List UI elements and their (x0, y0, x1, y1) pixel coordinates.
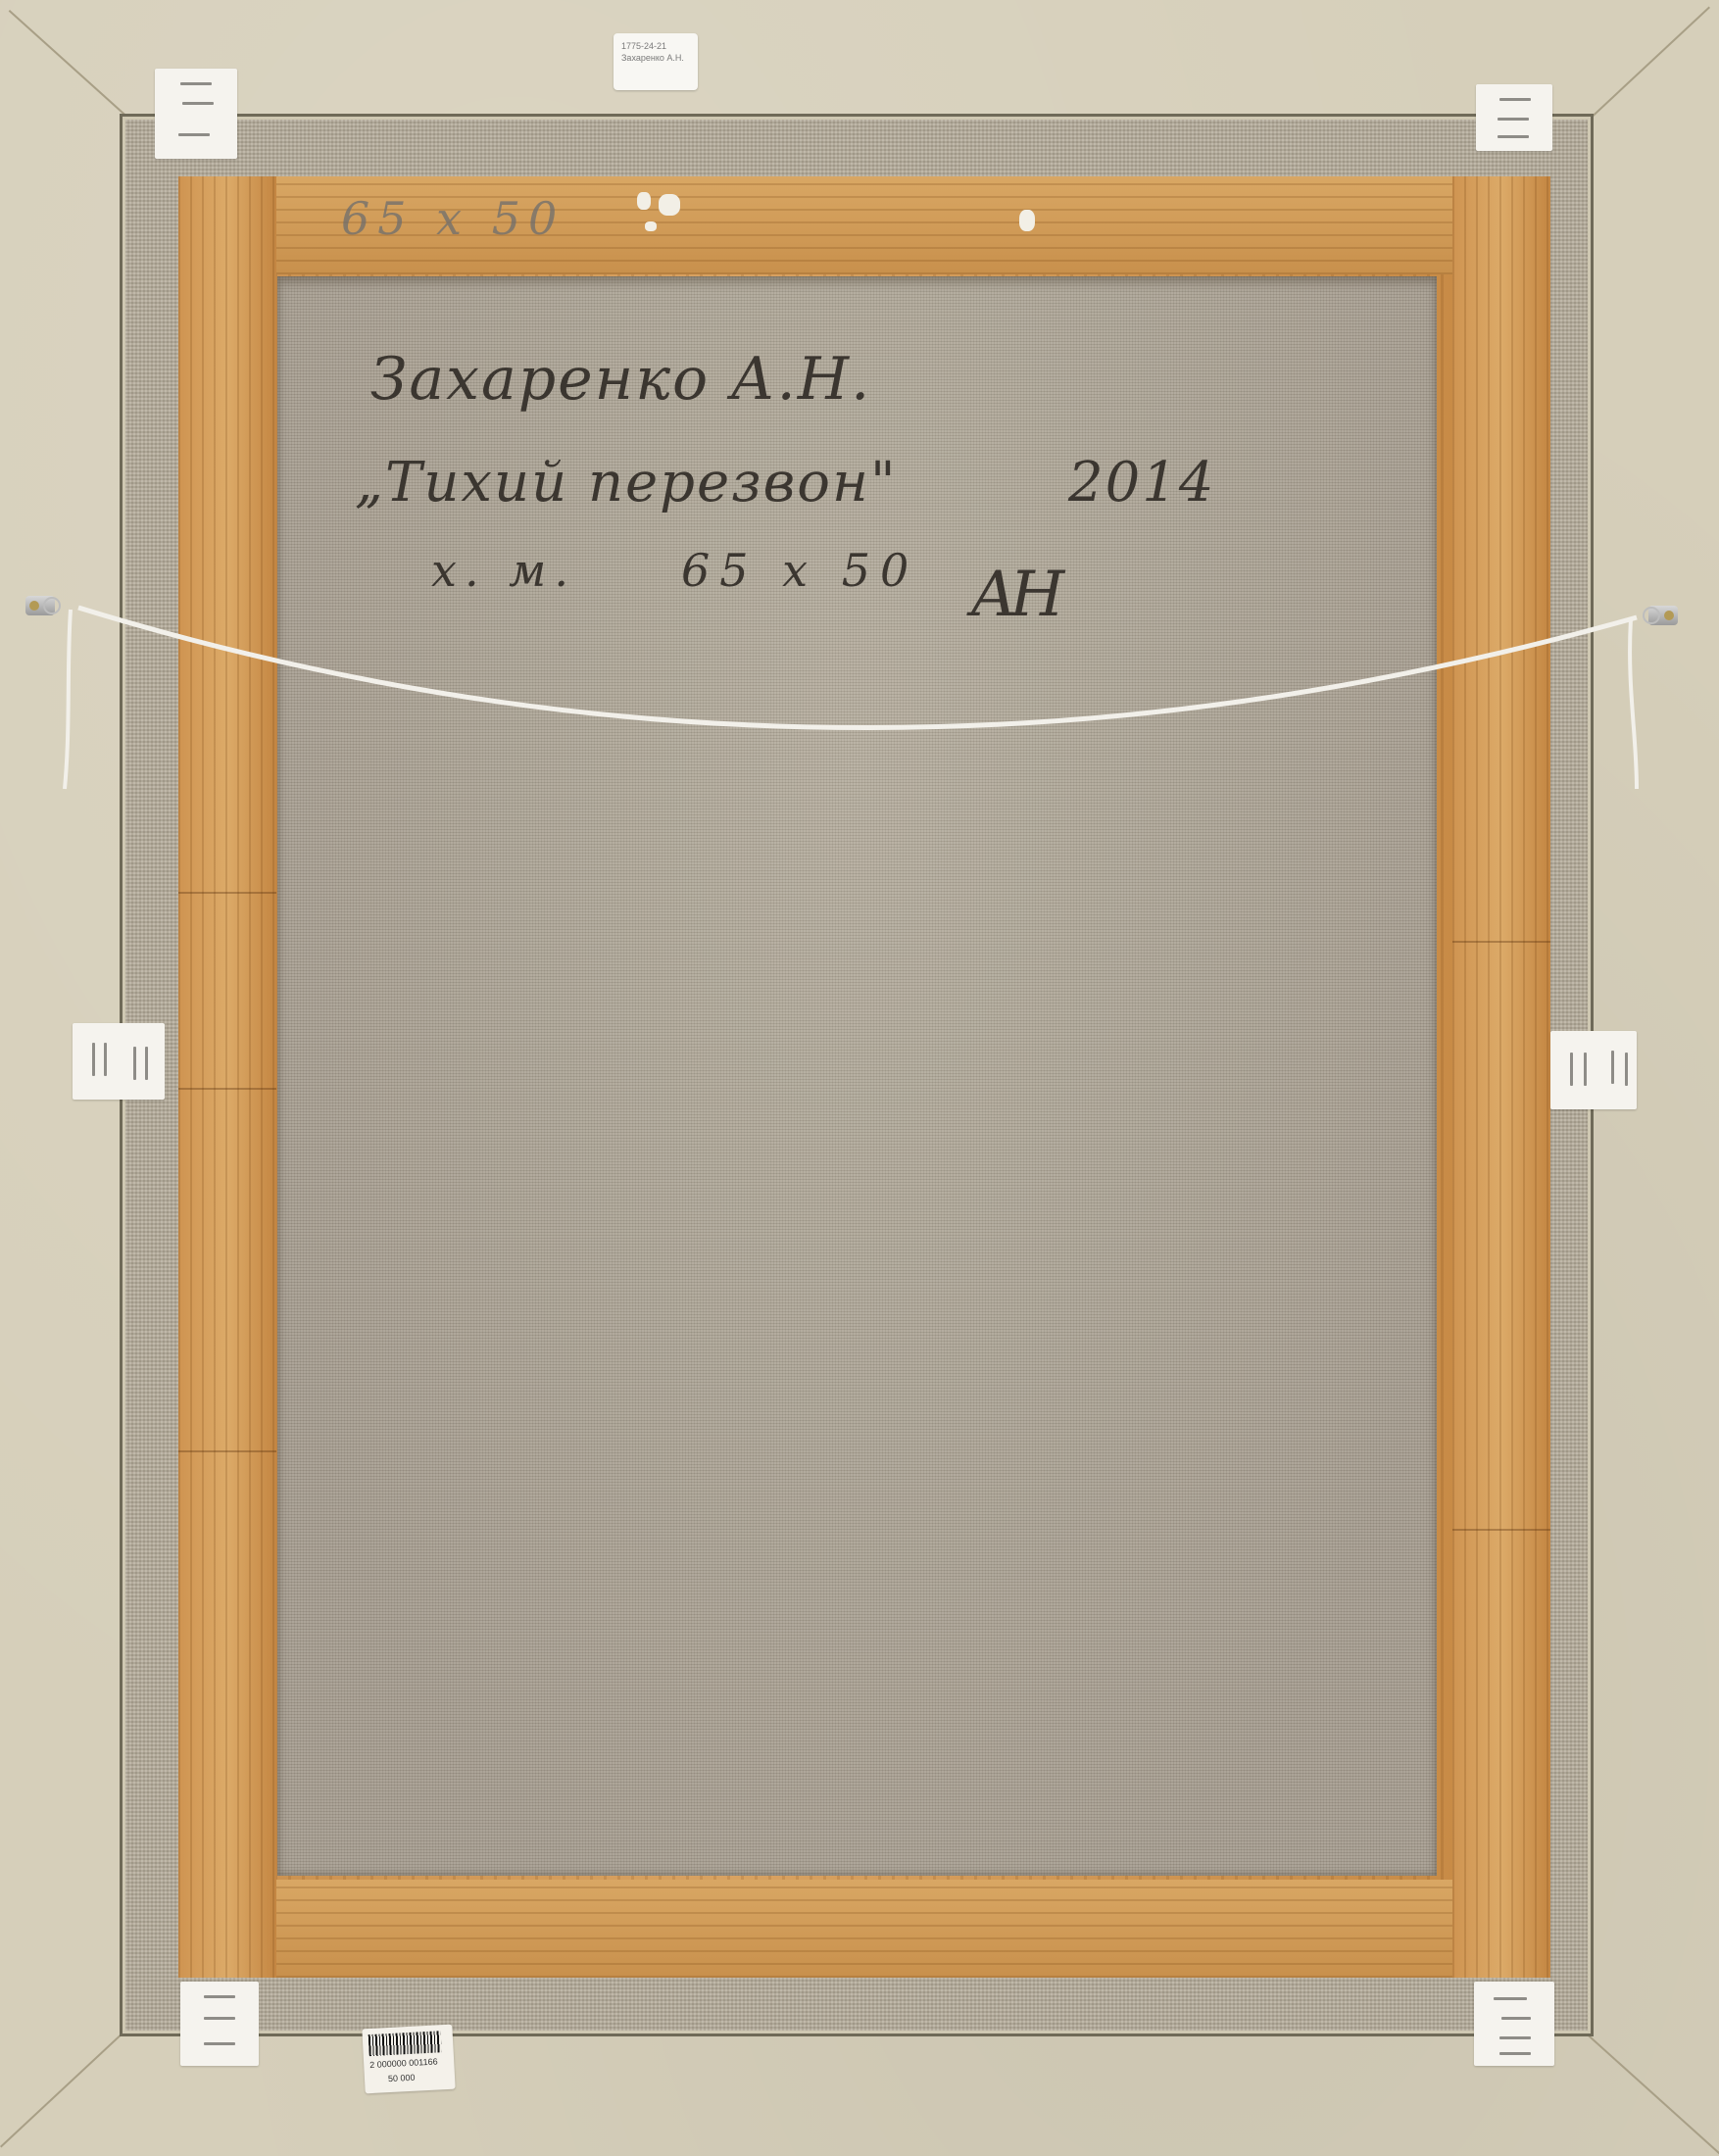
screw-icon (29, 601, 39, 611)
tape-tab-bottom-left (180, 1982, 259, 2066)
tape-tab-bottom-right (1474, 1982, 1554, 2066)
screw-icon (1664, 611, 1674, 620)
tape-tab-right (1550, 1031, 1637, 1109)
barcode-price-label: 2 000000 001166 50 000 (362, 2025, 455, 2094)
d-ring-icon (1643, 607, 1660, 624)
right-d-ring-hanger-icon (1648, 606, 1678, 625)
inventory-artist: Захаренко А.Н. (621, 53, 684, 63)
tape-tab-left (73, 1023, 165, 1100)
d-ring-icon (43, 597, 61, 614)
price: 50 000 (388, 2073, 416, 2083)
tape-tab-top-left (155, 69, 237, 159)
inventory-code: 1775-24-21 (621, 41, 666, 51)
left-d-ring-hanger-icon (25, 596, 55, 615)
tape-tab-top-right (1476, 84, 1552, 151)
hanging-cord (0, 0, 1719, 2156)
barcode-icon (368, 2031, 442, 2056)
inventory-label: 1775-24-21 Захаренко А.Н. (614, 33, 698, 90)
barcode-number: 2 000000 001166 (369, 2056, 438, 2070)
